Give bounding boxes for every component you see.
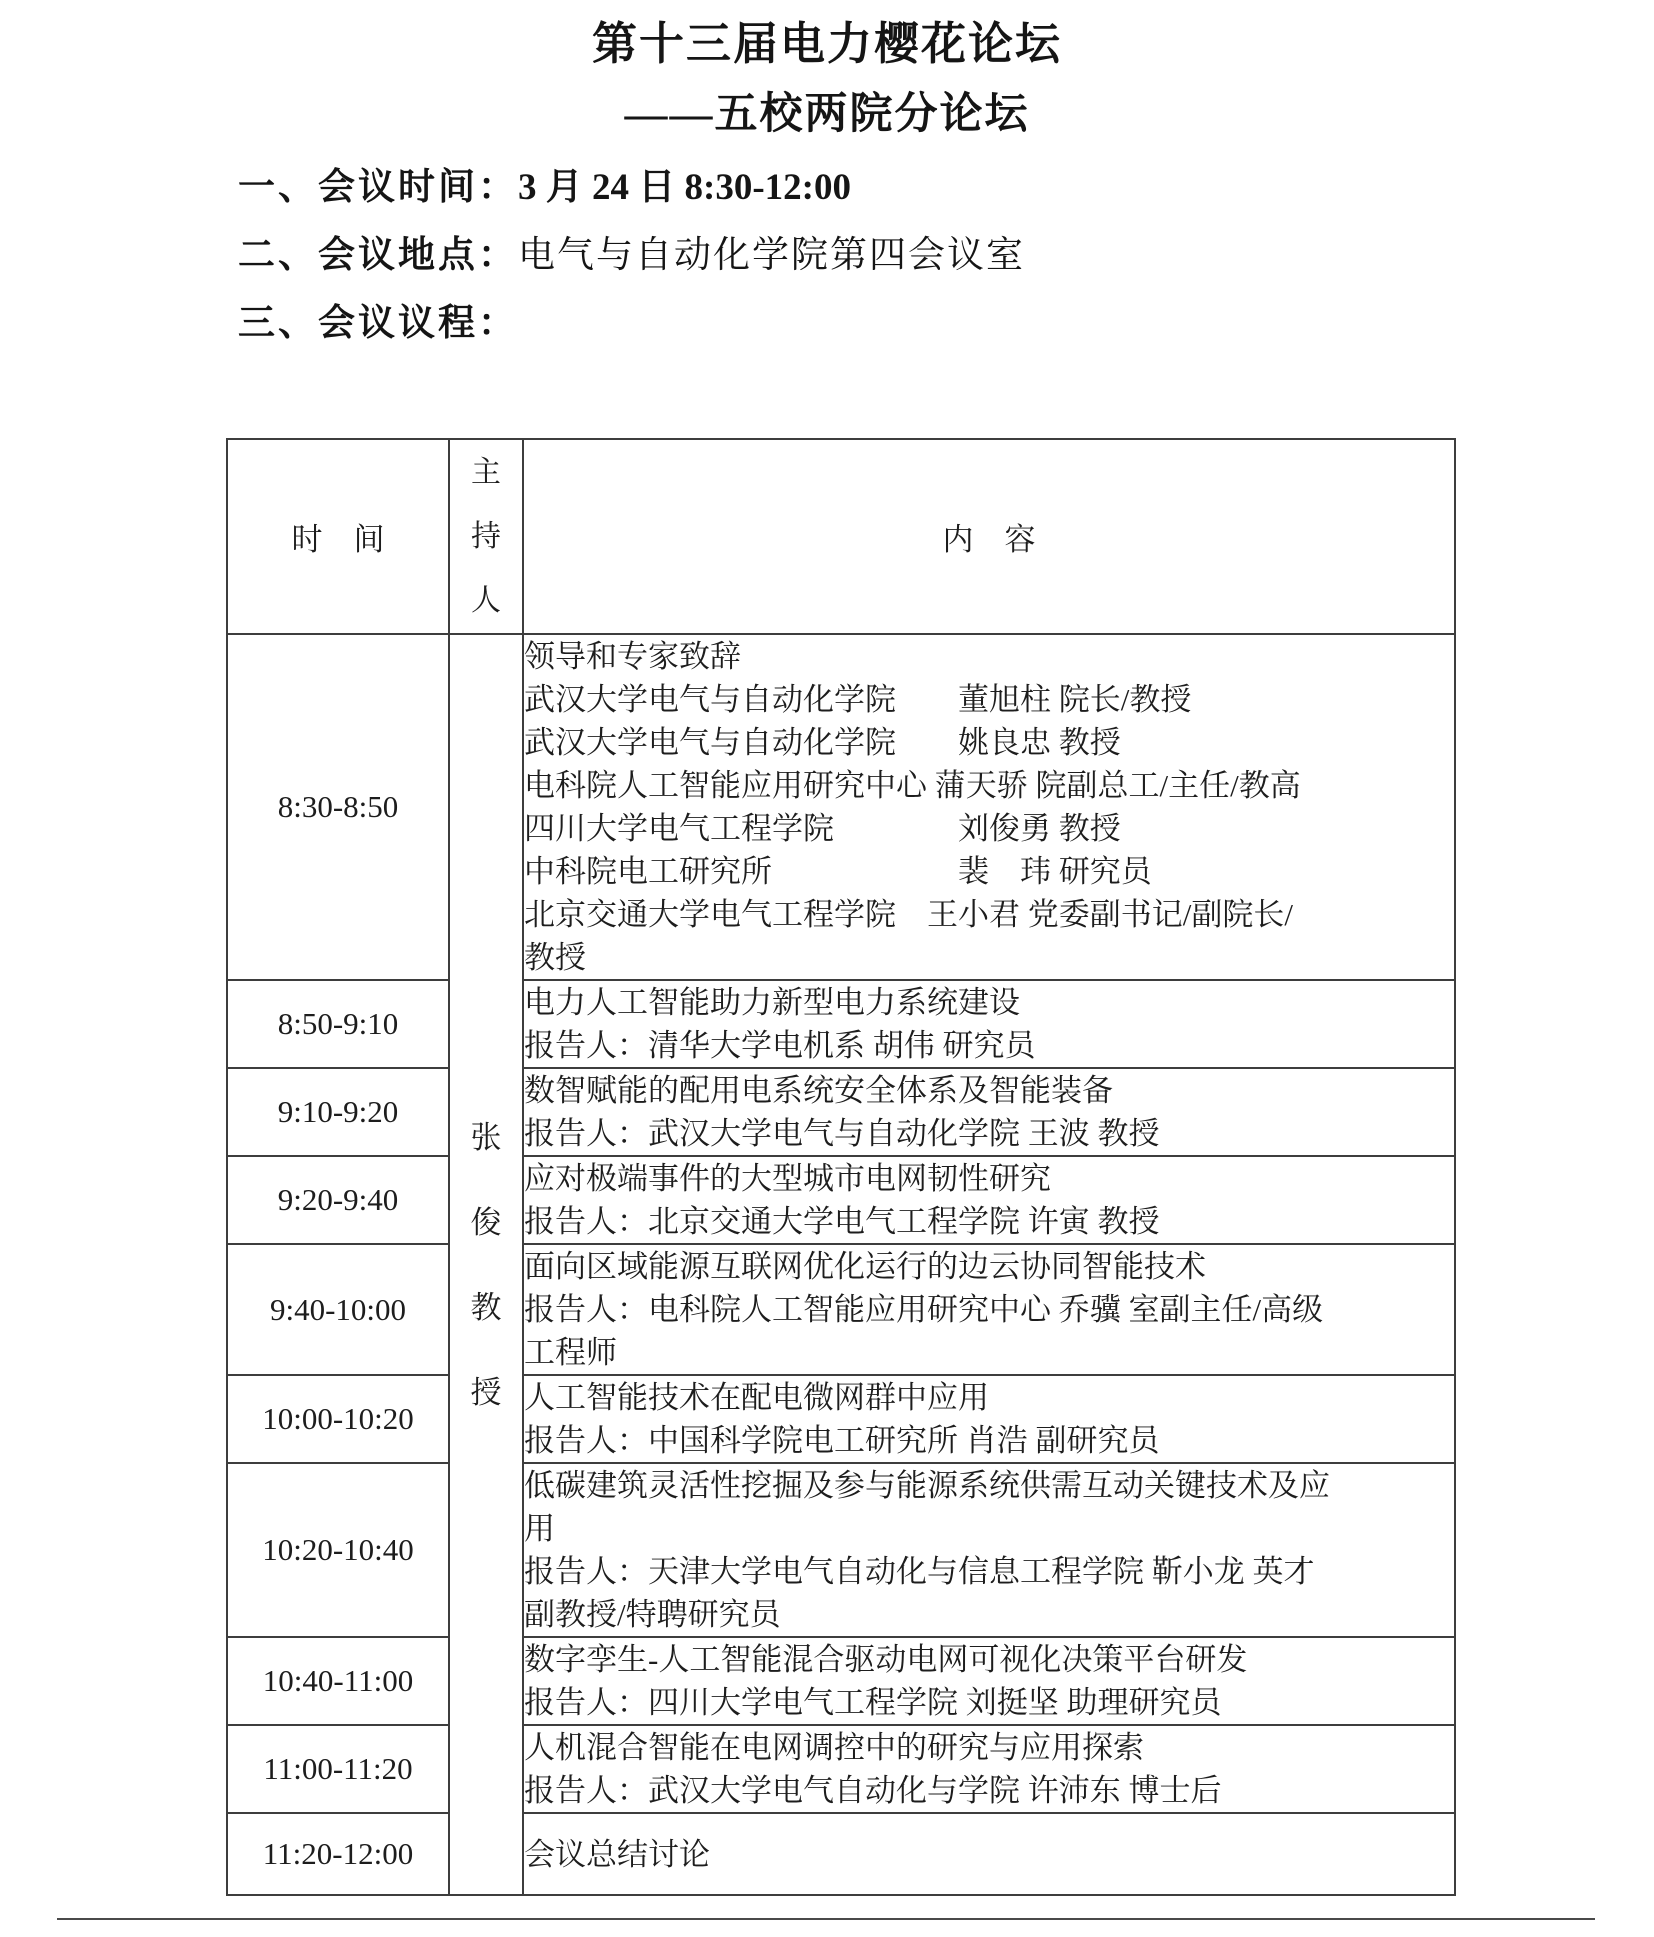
content-line: 低碳建筑灵活性挖掘及参与能源系统供需互动关键技术及应 [524, 1464, 1454, 1507]
time-cell: 8:50-9:10 [227, 980, 449, 1068]
table-row: 9:20-9:40 应对极端事件的大型城市电网韧性研究 报告人：北京交通大学电气… [227, 1156, 1455, 1244]
header-host-char: 人 [450, 569, 522, 633]
content-cell: 会议总结讨论 [523, 1813, 1455, 1895]
content-line: 报告人：四川大学电气工程学院 刘挺坚 助理研究员 [524, 1681, 1454, 1724]
meeting-time-label: 一、会议时间： [238, 167, 518, 208]
content-line: 数智赋能的配用电系统安全体系及智能装备 [524, 1069, 1454, 1112]
content-line: 数字孪生-人工智能混合驱动电网可视化决策平台研发 [524, 1638, 1454, 1681]
table-row: 8:50-9:10 电力人工智能助力新型电力系统建设 报告人：清华大学电机系 胡… [227, 980, 1455, 1068]
table-row: 10:40-11:00 数字孪生-人工智能混合驱动电网可视化决策平台研发 报告人… [227, 1637, 1455, 1725]
content-line: 报告人：武汉大学电气与自动化学院 王波 教授 [524, 1112, 1454, 1155]
content-line: 教授 [524, 936, 1454, 979]
content-cell: 低碳建筑灵活性挖掘及参与能源系统供需互动关键技术及应 用 报告人：天津大学电气自… [523, 1463, 1455, 1637]
content-cell: 应对极端事件的大型城市电网韧性研究 报告人：北京交通大学电气工程学院 许寅 教授 [523, 1156, 1455, 1244]
meeting-place-line: 二、会议地点：电气与自动化学院第四会议室 [238, 236, 1654, 276]
time-cell: 10:40-11:00 [227, 1637, 449, 1725]
time-cell: 8:30-8:50 [227, 634, 449, 980]
host-name-char: 俊 [450, 1180, 522, 1265]
document-subtitle: ——五校两院分论坛 [0, 90, 1654, 140]
content-cell: 人机混合智能在电网调控中的研究与应用探索 报告人：武汉大学电气自动化与学院 许沛… [523, 1725, 1455, 1813]
content-line: 电科院人工智能应用研究中心 蒲天骄 院副总工/主任/教高 [524, 764, 1454, 807]
content-cell: 面向区域能源互联网优化运行的边云协同智能技术 报告人：电科院人工智能应用研究中心… [523, 1244, 1455, 1375]
table-row: 9:10-9:20 数智赋能的配用电系统安全体系及智能装备 报告人：武汉大学电气… [227, 1068, 1455, 1156]
content-line: 工程师 [524, 1331, 1454, 1374]
time-cell: 9:20-9:40 [227, 1156, 449, 1244]
content-line: 报告人：电科院人工智能应用研究中心 乔骥 室副主任/高级 [524, 1288, 1454, 1331]
host-name-char: 张 [450, 1095, 522, 1180]
host-name-char: 教 [450, 1265, 522, 1350]
content-line: 武汉大学电气与自动化学院 姚良忠 教授 [524, 721, 1454, 764]
time-cell: 9:10-9:20 [227, 1068, 449, 1156]
content-line: 副教授/特聘研究员 [524, 1593, 1454, 1636]
meeting-place-value: 电气与自动化学院第四会议室 [518, 235, 1025, 276]
header-host-cell: 主 持 人 [449, 439, 523, 634]
meeting-place-label: 二、会议地点： [238, 235, 518, 276]
header-content-cell: 内 容 [523, 439, 1455, 634]
content-line: 报告人：清华大学电机系 胡伟 研究员 [524, 1024, 1454, 1067]
table-row: 9:40-10:00 面向区域能源互联网优化运行的边云协同智能技术 报告人：电科… [227, 1244, 1455, 1375]
table-row: 8:30-8:50 张 俊 教 授 领导和专家致辞 武汉大学电气与自动化学院 董… [227, 634, 1455, 980]
content-line: 领导和专家致辞 [524, 635, 1454, 678]
agenda-heading: 三、会议议程： [238, 304, 1654, 344]
content-line: 报告人：北京交通大学电气工程学院 许寅 教授 [524, 1200, 1454, 1243]
meeting-info-section: 一、会议时间：3 月 24 日 8:30-12:00 二、会议地点：电气与自动化… [238, 168, 1654, 344]
host-cell: 张 俊 教 授 [449, 634, 523, 1895]
meeting-time-line: 一、会议时间：3 月 24 日 8:30-12:00 [238, 168, 1654, 208]
agenda-label: 三、会议议程： [238, 303, 518, 344]
content-cell: 数智赋能的配用电系统安全体系及智能装备 报告人：武汉大学电气与自动化学院 王波 … [523, 1068, 1455, 1156]
host-name-char: 授 [450, 1350, 522, 1435]
table-row: 10:20-10:40 低碳建筑灵活性挖掘及参与能源系统供需互动关键技术及应 用… [227, 1463, 1455, 1637]
content-line: 四川大学电气工程学院 刘俊勇 教授 [524, 807, 1454, 850]
content-cell: 领导和专家致辞 武汉大学电气与自动化学院 董旭柱 院长/教授 武汉大学电气与自动… [523, 634, 1455, 980]
agenda-header-row: 时 间 主 持 人 内 容 [227, 439, 1455, 634]
content-cell: 电力人工智能助力新型电力系统建设 报告人：清华大学电机系 胡伟 研究员 [523, 980, 1455, 1068]
content-line: 会议总结讨论 [524, 1833, 1454, 1876]
time-cell: 11:00-11:20 [227, 1725, 449, 1813]
time-cell: 11:20-12:00 [227, 1813, 449, 1895]
content-line: 报告人：武汉大学电气自动化与学院 许沛东 博士后 [524, 1769, 1454, 1812]
agenda-table: 时 间 主 持 人 内 容 8:30-8:50 张 俊 教 授 领导和专家致辞 … [226, 438, 1456, 1896]
header-time-cell: 时 间 [227, 439, 449, 634]
time-cell: 10:00-10:20 [227, 1375, 449, 1463]
content-line: 中科院电工研究所 裴 玮 研究员 [524, 850, 1454, 893]
header-host-char: 主 [450, 441, 522, 505]
table-row: 11:20-12:00 会议总结讨论 [227, 1813, 1455, 1895]
content-line: 面向区域能源互联网优化运行的边云协同智能技术 [524, 1245, 1454, 1288]
time-cell: 9:40-10:00 [227, 1244, 449, 1375]
content-line: 武汉大学电气与自动化学院 董旭柱 院长/教授 [524, 678, 1454, 721]
content-line: 人机混合智能在电网调控中的研究与应用探索 [524, 1726, 1454, 1769]
content-line: 报告人：天津大学电气自动化与信息工程学院 靳小龙 英才 [524, 1550, 1454, 1593]
table-row: 10:00-10:20 人工智能技术在配电微网群中应用 报告人：中国科学院电工研… [227, 1375, 1455, 1463]
document-title: 第十三届电力樱花论坛 [0, 18, 1654, 70]
content-line: 北京交通大学电气工程学院 王小君 党委副书记/副院长/ [524, 893, 1454, 936]
content-line: 应对极端事件的大型城市电网韧性研究 [524, 1157, 1454, 1200]
table-row: 11:00-11:20 人机混合智能在电网调控中的研究与应用探索 报告人：武汉大… [227, 1725, 1455, 1813]
content-line: 报告人：中国科学院电工研究所 肖浩 副研究员 [524, 1419, 1454, 1462]
content-cell: 人工智能技术在配电微网群中应用 报告人：中国科学院电工研究所 肖浩 副研究员 [523, 1375, 1455, 1463]
content-cell: 数字孪生-人工智能混合驱动电网可视化决策平台研发 报告人：四川大学电气工程学院 … [523, 1637, 1455, 1725]
content-line: 电力人工智能助力新型电力系统建设 [524, 981, 1454, 1024]
content-line: 用 [524, 1507, 1454, 1550]
page-bottom-rule [57, 1918, 1595, 1920]
content-line: 人工智能技术在配电微网群中应用 [524, 1376, 1454, 1419]
header-host-char: 持 [450, 505, 522, 569]
meeting-time-value: 3 月 24 日 8:30-12:00 [518, 167, 851, 208]
time-cell: 10:20-10:40 [227, 1463, 449, 1637]
